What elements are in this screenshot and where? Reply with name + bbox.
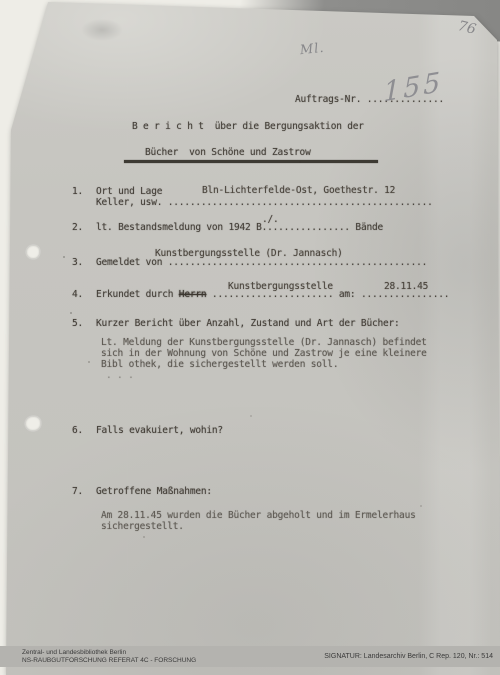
item4-number: 4. xyxy=(72,289,83,300)
title-underline xyxy=(124,160,378,163)
report-subtitle: Bücher von Schöne und Zastrow xyxy=(145,147,311,158)
item1-number: 1. xyxy=(72,186,83,197)
punch-hole-top xyxy=(26,245,40,259)
ink-specks xyxy=(0,0,2,2)
item5-body-line2: sich in der Wohnung von Schöne und Zastr… xyxy=(101,348,427,359)
pencil-initials-handwriting: Ml. xyxy=(299,41,325,58)
item7-body-line2: sichergestellt. xyxy=(101,521,184,532)
footer-department: NS-RAUBGUTFORSCHUNG REFERAT 4C - FORSCHU… xyxy=(22,657,196,665)
item2-number: 2. xyxy=(72,222,83,233)
item1-label: Ort und Lage xyxy=(96,186,162,197)
item4-am-label: am: xyxy=(333,289,361,300)
item5-number: 5. xyxy=(72,318,83,329)
item5-faint-dots: . . . xyxy=(106,370,134,381)
order-number-label: Auftrags-Nr. xyxy=(295,94,367,105)
archive-page-number-handwriting: 76 xyxy=(457,18,478,38)
item3-number: 3. xyxy=(72,257,83,268)
item5-body-line3: Bibl othek, die sichergestellt werden so… xyxy=(101,359,338,370)
item3-fill-agency: Kunstbergungsstelle (Dr. Jannasch) xyxy=(155,248,343,259)
footer-signature: SIGNATUR: Landesarchiv Berlin, C Rep. 12… xyxy=(324,653,493,660)
item1-fill-address: Bln-Lichterfelde-Ost, Goethestr. 12 xyxy=(202,185,395,196)
footer-left-block: Zentral- und Landesbibliothek Berlin NS-… xyxy=(22,649,196,664)
item4-fill-agency: Kunstbergungsstelle xyxy=(228,281,333,292)
item5-label: Kurzer Bericht über Anzahl, Zustand und … xyxy=(96,318,400,329)
library-watermark-bar: Zentral- und Landesbibliothek Berlin NS-… xyxy=(0,646,500,667)
item2-line: lt. Bestandsmeldung von 1942 B..........… xyxy=(96,222,383,233)
punch-hole-bottom xyxy=(25,416,41,431)
footer-institution: Zentral- und Landesbibliothek Berlin xyxy=(22,649,196,657)
item4-struck-word: Herrn xyxy=(179,289,207,300)
item2-fill-none-mark: ./. xyxy=(262,214,279,225)
item7-label: Getroffene Maßnahmen: xyxy=(96,486,212,497)
item7-number: 7. xyxy=(72,486,83,497)
item5-body-line1: Lt. Meldung der Kunstbergungsstelle (Dr.… xyxy=(101,337,427,348)
document-paper: 76 Ml. Auftrags-Nr. .............. 155 B… xyxy=(0,0,500,675)
item6-label: Falls evakuiert, wohin? xyxy=(96,425,223,436)
item1-label-line2: Keller, usw. ...........................… xyxy=(96,197,433,208)
item1-dotted-blank: ........................................… xyxy=(168,197,433,208)
item7-body-line1: Am 28.11.45 wurden die Bücher abgeholt u… xyxy=(101,510,416,521)
scanned-archive-document: 76 Ml. Auftrags-Nr. .............. 155 B… xyxy=(0,0,500,675)
paper-shadow: 76 Ml. Auftrags-Nr. .............. 155 B… xyxy=(0,0,500,675)
report-title: B e r i c h t über die Bergungsaktion de… xyxy=(132,121,364,132)
item4-fill-date: 28.11.45 xyxy=(384,281,428,292)
item6-number: 6. xyxy=(72,425,83,436)
